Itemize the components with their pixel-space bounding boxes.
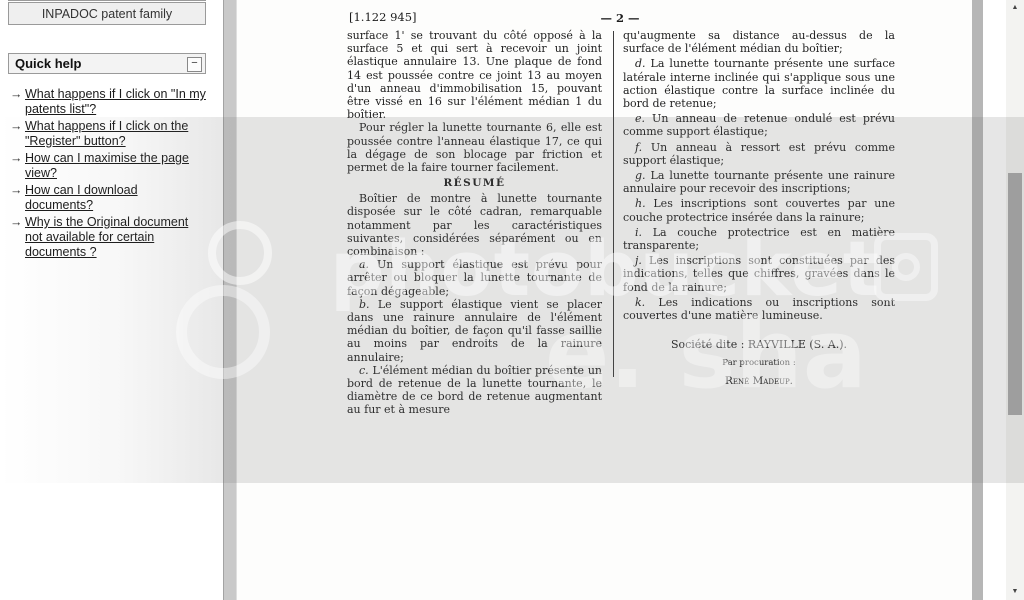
quick-help-link[interactable]: →Why is the Original document not availa… [10,215,208,260]
paragraph: j. Les inscriptions sont constituées par… [623,254,895,294]
document-page: [1.122 945] — 2 — surface 1' se trouvant… [237,0,972,600]
paragraph: i. La couche protectrice est en matière … [623,226,895,252]
paragraph: a. Un support élastique est prévu pour a… [347,258,602,298]
signature-company: Société dite : RAYVILLE (S. A.). [623,338,895,351]
sidebar-tab-divider [8,0,206,1]
quick-help-link-label[interactable]: Why is the Original document not availab… [25,215,208,260]
paragraph: surface 1' se trouvant du côté opposé à … [347,29,602,121]
scroll-up-button[interactable]: ▲ [1006,0,1024,16]
paragraph: d. La lunette tournante présente une sur… [623,57,895,110]
paragraph: k. Les indications ou inscriptions sont … [623,296,895,322]
left-column: surface 1' se trouvant du côté opposé à … [347,29,602,417]
signature-name: René Madeup. [623,375,895,387]
scrollbar-thumb[interactable] [1008,173,1022,415]
claim-letter: h. [635,197,646,210]
claim-letter: e. [635,112,645,125]
vertical-scrollbar[interactable]: ▲ ▼ [1006,0,1024,600]
scroll-down-button[interactable]: ▼ [1006,584,1024,600]
quick-help-title: Quick help [15,56,81,71]
column-divider [613,31,614,377]
quick-help-link-label[interactable]: What happens if I click on "In my patent… [25,87,208,117]
quick-help-link[interactable]: →What happens if I click on "In my paten… [10,87,208,117]
frame-splitter[interactable] [223,0,237,600]
page-number: — 2 — [575,11,665,25]
paragraph: g. La lunette tournante présente une rai… [623,169,895,195]
arrow-right-icon: → [10,119,25,149]
signature-procuration: Par procuration : [623,358,895,368]
minus-icon: − [191,57,197,69]
sidebar: INPADOC patent family Quick help − →What… [0,0,223,600]
paragraph: c. L'élément médian du boîtier présente … [347,364,602,417]
paragraph: Pour régler la lunette tournante 6, elle… [347,121,602,174]
quick-help-link[interactable]: →What happens if I click on the "Registe… [10,119,208,149]
frame-right-border [972,0,983,600]
scroll-down-icon: ▼ [1012,588,1019,595]
paragraph: b. Le support élastique vient se placer … [347,298,602,364]
arrow-right-icon: → [10,151,25,181]
patent-number: [1.122 945] [349,10,417,24]
paragraph: h. Les inscriptions sont couvertes par u… [623,197,895,223]
paragraph: e. Un anneau de retenue ondulé est prévu… [623,112,895,138]
quick-help-link-label[interactable]: How can I maximise the page view? [25,151,208,181]
quick-help-link-label[interactable]: What happens if I click on the "Register… [25,119,208,149]
quick-help-links: →What happens if I click on "In my paten… [10,87,208,262]
claim-letter: d. [635,57,646,70]
claim-letter: i. [635,226,642,239]
claim-letter: b. [359,298,370,311]
claim-letter: a. [359,258,369,271]
quick-help-header: Quick help − [8,53,206,74]
scroll-up-icon: ▲ [1012,4,1019,11]
arrow-right-icon: → [10,87,25,117]
claim-letter: g. [635,169,646,182]
claim-letter: c. [359,364,369,377]
paragraph: qu'augmente sa distance au-dessus de la … [623,29,895,55]
signature-block: Société dite : RAYVILLE (S. A.). Par pro… [623,338,895,387]
paragraph: Boîtier de montre à lunette tournante di… [347,192,602,258]
sidebar-item-inpadoc-patent-family[interactable]: INPADOC patent family [8,2,206,25]
quick-help-link[interactable]: →How can I maximise the page view? [10,151,208,181]
right-column: qu'augmente sa distance au-dessus de la … [623,29,895,387]
arrow-right-icon: → [10,183,25,213]
claim-letter: f. [635,141,642,154]
section-heading: RÉSUMÉ [347,177,602,189]
arrow-right-icon: → [10,215,25,260]
claim-letter: j. [635,254,642,267]
paragraph: f. Un anneau à ressort est prévu comme s… [623,141,895,167]
quick-help-link[interactable]: →How can I download documents? [10,183,208,213]
collapse-button[interactable]: − [187,57,202,72]
claim-letter: k. [635,296,645,309]
quick-help-link-label[interactable]: How can I download documents? [25,183,208,213]
